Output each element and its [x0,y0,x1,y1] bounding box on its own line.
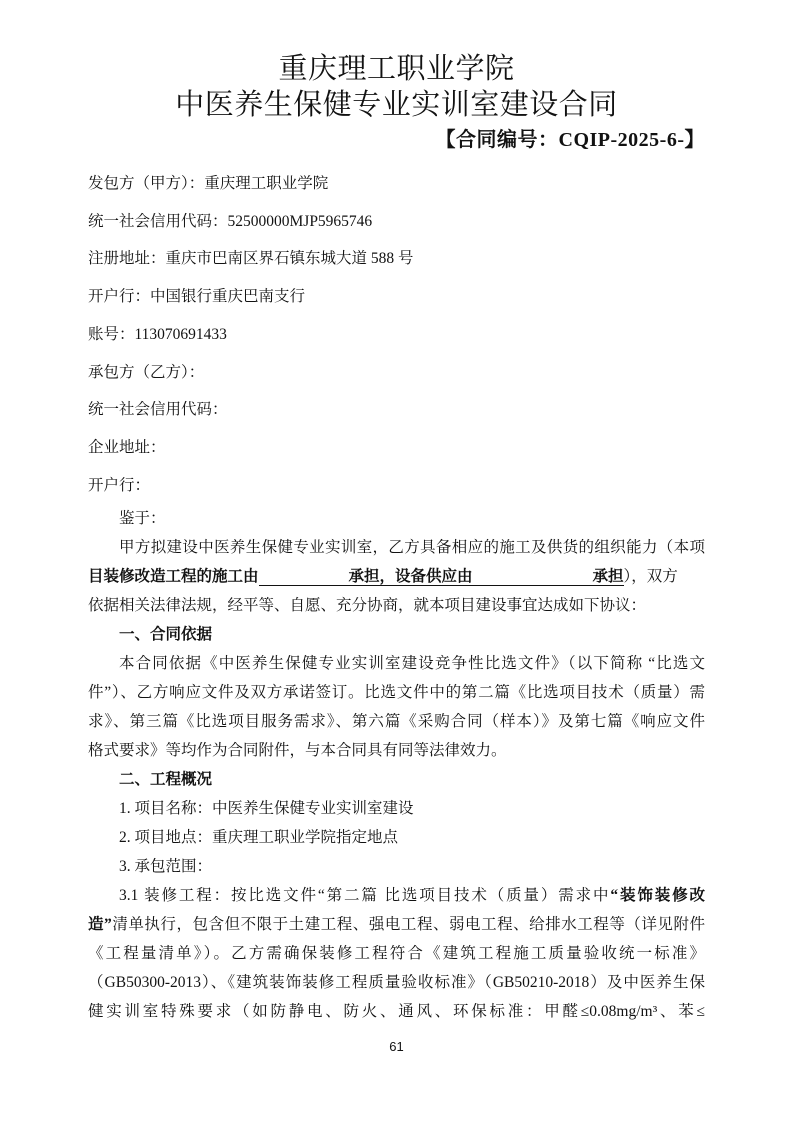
page-number: 61 [88,1039,705,1055]
section-heading-1: 一、合同依据 [88,620,705,649]
blank-underline [473,579,593,581]
list-item-project-name: 1. 项目名称：中医养生保健专业实训室建设 [88,794,705,823]
body-line: 健实训室特殊要求（如防静电、防火、通风、环保标准：甲醛≤0.08mg/m³、苯≤ [88,997,705,1026]
body-line-fill-blanks: 目装修改造工程的施工由承担，设备供应由承担），双方 [88,562,705,591]
body-line: 《工程量清单》）。乙方需确保装修工程符合《建筑工程施工质量验收统一标准》 [88,939,705,968]
blank-underline [259,579,349,581]
body-line: 造”清单执行，包含但不限于土建工程、强电工程、弱电工程、给排水工程等（详见附件 [88,910,705,939]
body-line-clause-3-1: 3.1 装修工程：按比选文件“第二篇 比选项目技术（质量）需求中“装饰装修改 [88,881,705,910]
body-line: 求》、第三篇《比选项目服务需求》、第六篇《采购合同（样本）》及第七篇《响应文件 [88,707,705,736]
fill-in-blank-supply: 承担 [473,568,624,586]
section-heading-2: 二、工程概况 [88,765,705,794]
contract-number: 【合同编号：CQIP-2025-6-】 [88,127,705,153]
clause-bold-text: “装饰装修改 [610,887,705,904]
party-info-line-address-b: 企业地址： [88,429,705,467]
list-item-project-location: 2. 项目地点：重庆理工职业学院指定地点 [88,823,705,852]
party-info-line-address-a: 注册地址：重庆市巴南区界石镇东城大道 588 号 [88,240,705,278]
body-line: （GB50300-2013）、《建筑装饰装修工程质量验收标准》（GB50210-… [88,968,705,997]
body-line: 格式要求》等均作为合同附件，与本合同具有同等法律效力。 [88,736,705,765]
party-info-section: 发包方（甲方）：重庆理工职业学院 统一社会信用代码：52500000MJP596… [88,165,705,504]
clause-bold-text: 造” [88,916,112,933]
blank-suffix-text: 承担，设备供应由 [349,568,473,585]
party-info-line-credit-code-a: 统一社会信用代码：52500000MJP5965746 [88,203,705,241]
body-line: 甲方拟建设中医养生保健专业实训室，乙方具备相应的施工及供货的组织能力（本项 [88,533,705,562]
body-line: 依据相关法律法规，经平等、自愿、充分协商，就本项目建设事宜达成如下协议： [88,591,705,620]
party-info-line-credit-code-b: 统一社会信用代码： [88,391,705,429]
body-line-whereas: 鉴于： [88,504,705,533]
document-title-line1: 重庆理工职业学院 [88,51,705,87]
blank-line-tail: ），双方 [624,568,678,585]
party-info-line-account-a: 账号：113070691433 [88,316,705,354]
document-page: 重庆理工职业学院 中医养生保健专业实训室建设合同 【合同编号：CQIP-2025… [0,0,793,1122]
body-line: 件”）、乙方响应文件及双方承诺签订。比选文件中的第二篇《比选项目技术（质量）需 [88,678,705,707]
clause-text: 3.1 装修工程：按比选文件“第二篇 比选项目技术（质量）需求中 [119,887,610,904]
party-info-line-contractor: 承包方（乙方）： [88,354,705,392]
contract-body: 鉴于： 甲方拟建设中医养生保健专业实训室，乙方具备相应的施工及供货的组织能力（本… [88,504,705,1026]
list-item-scope: 3. 承包范围： [88,852,705,881]
clause-text: 清单执行，包含但不限于土建工程、强电工程、弱电工程、给排水工程等（详见附件 [112,916,705,933]
document-title-line2: 中医养生保健专业实训室建设合同 [88,87,705,123]
body-line: 本合同依据《中医养生保健专业实训室建设竞争性比选文件》（以下简称 “比选文 [88,649,705,678]
blank-suffix-text: 承担 [593,568,624,585]
fill-in-blank-construction: 承担，设备供应由 [259,568,473,586]
party-info-line-employer: 发包方（甲方）：重庆理工职业学院 [88,165,705,203]
blank-line-prefix: 目装修改造工程的施工由 [88,568,259,585]
document-content: 重庆理工职业学院 中医养生保健专业实训室建设合同 【合同编号：CQIP-2025… [88,51,705,1055]
party-info-line-bank-a: 开户行：中国银行重庆巴南支行 [88,278,705,316]
party-info-line-bank-b: 开户行： [88,467,705,505]
